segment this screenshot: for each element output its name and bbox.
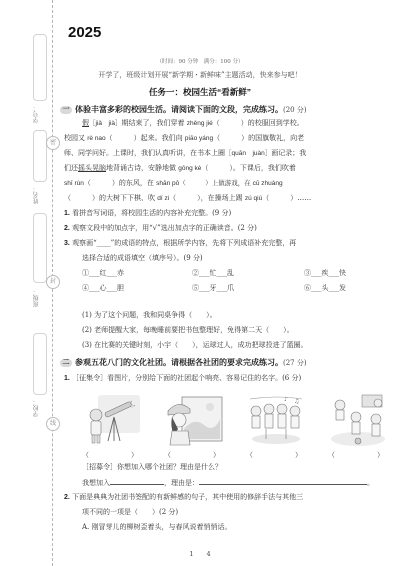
answer-blank[interactable]: （ ），在操场上踢 <box>169 194 245 202</box>
answer-blank[interactable]: （ ）的东风，在 <box>84 179 156 187</box>
student-id-label: 学号： <box>33 103 47 125</box>
page-numbers: 1 4 <box>0 549 400 558</box>
seal-mark-feng: 封 <box>46 275 60 289</box>
telescope-club-image <box>82 393 142 449</box>
club-name-answer-1[interactable]: （ ） <box>82 450 138 460</box>
club-name-answer-4[interactable]: （ ） <box>328 450 384 460</box>
answer-blank[interactable]: （ ）的校服回到学校。 <box>213 119 304 127</box>
name-box[interactable] <box>33 130 47 182</box>
sub-question-1: (1) 为了这个问题，我和同桌争得（ ）。 <box>82 310 217 320</box>
exam-year: 2025 <box>68 24 101 41</box>
passage-line-6: （ ）的大树下下棋、吹 dí zi（ ），在操场上踢 zú qiú（ ）…… <box>64 193 311 204</box>
sub-question-3: (3) 在比赛的关键时刻，小宇（ ），运球过人，成功把球投进了篮圈。 <box>82 340 308 350</box>
idiom-4[interactable]: ④___心___胆 <box>82 283 124 293</box>
school-label: 学校： <box>33 397 47 419</box>
question-1: 1. 看拼音写词语，将校园生活的内容补充完整。(9 分) <box>64 208 231 219</box>
section-2-heading: 二参观五花八门的文化社团。请根据各社团的要求完成练习。(27 分) <box>60 357 307 368</box>
class-box[interactable] <box>33 213 47 283</box>
s2-question-1: 1. ［征集令］看图片，分别给下面的社团起个响亮、容易记住的名字。(6 分) <box>64 373 301 384</box>
idiom-2[interactable]: ②___忙___乱 <box>192 268 234 278</box>
svg-text:♫: ♫ <box>294 398 299 405</box>
question-3: 3. 观察画“____”的成语的特点，根据所学内容，先将下列成语补充完整，再 <box>64 238 296 249</box>
passage-line-5: shī rùn（ ）的东风，在 shān pōshān pō（ ）上做游戏，在 … <box>64 178 283 189</box>
section-2-title: 参观五花八门的文化社团。请根据各社团的要求完成练习。 <box>75 358 283 367</box>
answer-blank[interactable]: （ ）…… <box>262 194 311 202</box>
club-name-answer-2[interactable]: （ ） <box>164 450 220 460</box>
passage-line-3: 师、同学问好。上课时，我们认真听讲，在书本上圈［quān juàn］画记录；我 <box>64 148 306 159</box>
underlined-idiom: 摇头晃脑 <box>78 164 106 172</box>
section-1-title: 体验丰富多彩的校园生活。请阅读下面的文段，完成练习。 <box>75 105 283 114</box>
section-2-score: (27 分) <box>283 359 307 367</box>
choir-club-image: ♪ ♫ <box>246 393 306 449</box>
s2-question-2: 2. 下面是典典为社团书签配的有新鲜感的句子，其中使用的修辞手法与其他三 <box>64 492 303 503</box>
recruit-prompt: ［招募令］你想加入哪个社团？理由是什么？ <box>82 462 222 472</box>
club-pictures: ♪ ♫ <box>82 393 382 451</box>
question-3-cont: 选择合适的成语填空（填序号）。(9 分) <box>82 253 203 263</box>
school-box[interactable] <box>33 333 47 395</box>
answer-blank[interactable]: （ ）。下课后，我们吹着 <box>201 164 296 172</box>
section-1-score: (20 分) <box>283 106 307 114</box>
option-a[interactable]: A. 刚冒芽儿的柳树歪着头，与春风说着悄悄话。 <box>82 522 232 532</box>
painting-club-image <box>164 393 224 449</box>
passage-line-4: 们还摇头晃脑地背诵古诗，安静地做 gōng kè（ ）。下课后，我们吹着 <box>64 163 296 174</box>
name-label: 姓名： <box>33 184 47 206</box>
passage-line-1: 假［jiǎ jià］期结束了，我们穿着 zhěng jié（ ）的校服回到学校。 <box>82 118 304 129</box>
class-label: 班级： <box>33 287 47 309</box>
club-name-answer-3[interactable]: （ ） <box>246 450 302 460</box>
intro-text: 开学了，班级计划开展“新学期・新鲜味”主题活动，快来参与吧！ <box>0 70 400 80</box>
club-choice-blank[interactable] <box>110 477 164 485</box>
idiom-5[interactable]: ⑤___牙___爪 <box>192 283 234 293</box>
idiom-3[interactable]: ③___疾___快 <box>304 268 346 278</box>
sub-question-2: (2) 老师提醒大家，每晚睡前要把书包整理好，免得第二天（ ）。 <box>82 325 294 335</box>
section-1-badge: 一 <box>60 106 72 114</box>
idiom-1[interactable]: ①___红___赤 <box>82 268 124 278</box>
question-2: 2. 观察文段中的加点字，用“√”选出加点字的正确读音。(2 分) <box>64 223 257 234</box>
sports-club-image <box>328 393 388 449</box>
exam-meta: （时间：90 分钟 满分：100 分） <box>0 57 400 65</box>
join-club-fill: 我想加入，理由是：。 <box>82 477 374 488</box>
answer-blank[interactable]: （ ）的国旗敬礼，向老 <box>213 134 304 142</box>
section-2-badge: 二 <box>60 359 72 367</box>
seal-mark-mi: 密 <box>46 136 60 150</box>
passage-line-2: 校园又 rè nao（ ）起来。我们向 piāo yáng（ ）的国旗敬礼，向老 <box>64 133 304 144</box>
reason-blank[interactable] <box>199 477 367 485</box>
answer-blank[interactable]: （ ）的大树下下棋、吹 <box>64 194 157 202</box>
seal-mark-xian: 线 <box>46 417 60 431</box>
section-1-heading: 一体验丰富多彩的校园生活。请阅读下面的文段，完成练习。(20 分) <box>60 104 307 115</box>
s2-question-2-cont: 项不同的一项是（ ）(2 分) <box>82 507 178 517</box>
idiom-6[interactable]: ⑥___头___发 <box>304 283 346 293</box>
task-title: 任务一：校园生活“看新鲜” <box>0 86 400 98</box>
svg-text:♪: ♪ <box>284 396 288 403</box>
